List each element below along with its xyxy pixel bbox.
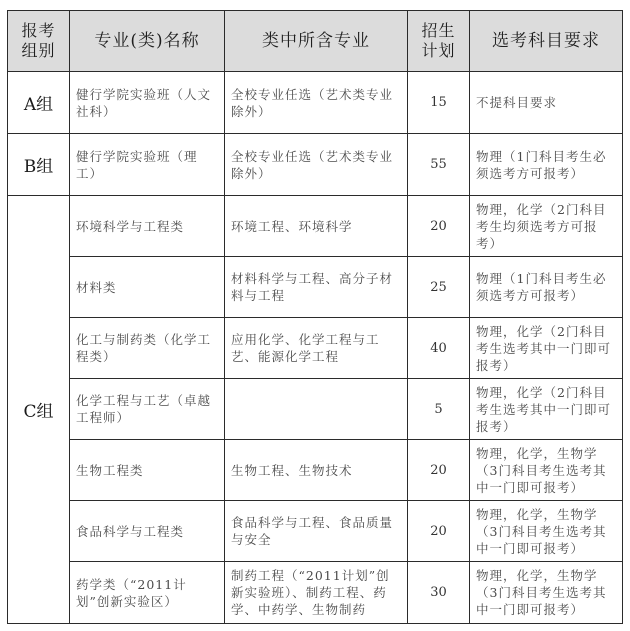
table-row: A组 健行学院实验班（人文社科） 全校专业任选（艺术类专业除外） 15 不提科目… (8, 72, 623, 134)
table-row: C组 环境科学与工程类 环境工程、环境科学 20 物理，化学（2门科目考生均须选… (8, 196, 623, 257)
table-row: 食品科学与工程类 食品科学与工程、食品质量与安全 20 物理，化学，生物学（3门… (8, 501, 623, 562)
included-majors: 制药工程（“2011计划”创新实验班）、制药工程、药学、中药学、生物制药 (225, 562, 408, 624)
major-name: 化学工程与工艺（卓越工程师） (70, 379, 225, 440)
subject-requirement: 不提科目要求 (470, 72, 623, 134)
header-plan: 招生计划 (408, 11, 470, 72)
table-row: 化学工程与工艺（卓越工程师） 5 物理，化学（2门科目考生选考其中一门即可报考） (8, 379, 623, 440)
header-plan-line2: 计划 (421, 41, 455, 60)
header-major: 专业(类)名称 (70, 11, 225, 72)
major-name: 环境科学与工程类 (70, 196, 225, 257)
table-row: 生物工程类 生物工程、生物技术 20 物理，化学，生物学（3门科目考生选考其中一… (8, 440, 623, 501)
header-plan-line1: 招生 (421, 21, 455, 40)
header-row: 报考组别 专业(类)名称 类中所含专业 招生计划 选考科目要求 (8, 11, 623, 72)
major-name: 食品科学与工程类 (70, 501, 225, 562)
included-majors (225, 379, 408, 440)
subject-requirement: 物理，化学（2门科目考生均须选考方可报考） (470, 196, 623, 257)
group-label: C组 (8, 196, 70, 624)
major-name: 健行学院实验班（理工） (70, 134, 225, 196)
included-majors: 材料科学与工程、高分子材料与工程 (225, 257, 408, 318)
subject-requirement: 物理，化学，生物学（3门科目考生选考其中一门即可报考） (470, 562, 623, 624)
included-majors: 全校专业任选（艺术类专业除外） (225, 72, 408, 134)
major-name: 材料类 (70, 257, 225, 318)
header-group-line2: 组别 (21, 41, 55, 60)
enrollment-plan: 5 (408, 379, 470, 440)
major-name: 药学类（“2011计划”创新实验区） (70, 562, 225, 624)
enrollment-plan: 40 (408, 318, 470, 379)
table-row: B组 健行学院实验班（理工） 全校专业任选（艺术类专业除外） 55 物理（1门科… (8, 134, 623, 196)
header-includes: 类中所含专业 (225, 11, 408, 72)
subject-requirement: 物理，化学（2门科目考生选考其中一门即可报考） (470, 379, 623, 440)
table-row: 药学类（“2011计划”创新实验区） 制药工程（“2011计划”创新实验班）、制… (8, 562, 623, 624)
included-majors: 应用化学、化学工程与工艺、能源化学工程 (225, 318, 408, 379)
group-label: B组 (8, 134, 70, 196)
header-group: 报考组别 (8, 11, 70, 72)
major-name: 健行学院实验班（人文社科） (70, 72, 225, 134)
enrollment-plan: 55 (408, 134, 470, 196)
major-name: 化工与制药类（化学工程类） (70, 318, 225, 379)
enrollment-plan: 20 (408, 501, 470, 562)
header-requirement: 选考科目要求 (470, 11, 623, 72)
group-label: A组 (8, 72, 70, 134)
included-majors: 食品科学与工程、食品质量与安全 (225, 501, 408, 562)
enrollment-plan: 20 (408, 196, 470, 257)
table-row: 材料类 材料科学与工程、高分子材料与工程 25 物理（1门科目考生必须选考方可报… (8, 257, 623, 318)
subject-requirement: 物理，化学（2门科目考生选考其中一门即可报考） (470, 318, 623, 379)
header-group-line1: 报考 (21, 21, 55, 40)
subject-requirement: 物理，化学，生物学（3门科目考生选考其中一门即可报考） (470, 440, 623, 501)
subject-requirement: 物理（1门科目考生必须选考方可报考） (470, 257, 623, 318)
included-majors: 生物工程、生物技术 (225, 440, 408, 501)
included-majors: 全校专业任选（艺术类专业除外） (225, 134, 408, 196)
table-row: 化工与制药类（化学工程类） 应用化学、化学工程与工艺、能源化学工程 40 物理，… (8, 318, 623, 379)
included-majors: 环境工程、环境科学 (225, 196, 408, 257)
enrollment-plan: 15 (408, 72, 470, 134)
enrollment-table: 报考组别 专业(类)名称 类中所含专业 招生计划 选考科目要求 A组 健行学院实… (7, 10, 623, 624)
enrollment-plan: 25 (408, 257, 470, 318)
enrollment-plan: 30 (408, 562, 470, 624)
subject-requirement: 物理（1门科目考生必须选考方可报考） (470, 134, 623, 196)
subject-requirement: 物理，化学，生物学（3门科目考生选考其中一门即可报考） (470, 501, 623, 562)
enrollment-plan: 20 (408, 440, 470, 501)
major-name: 生物工程类 (70, 440, 225, 501)
